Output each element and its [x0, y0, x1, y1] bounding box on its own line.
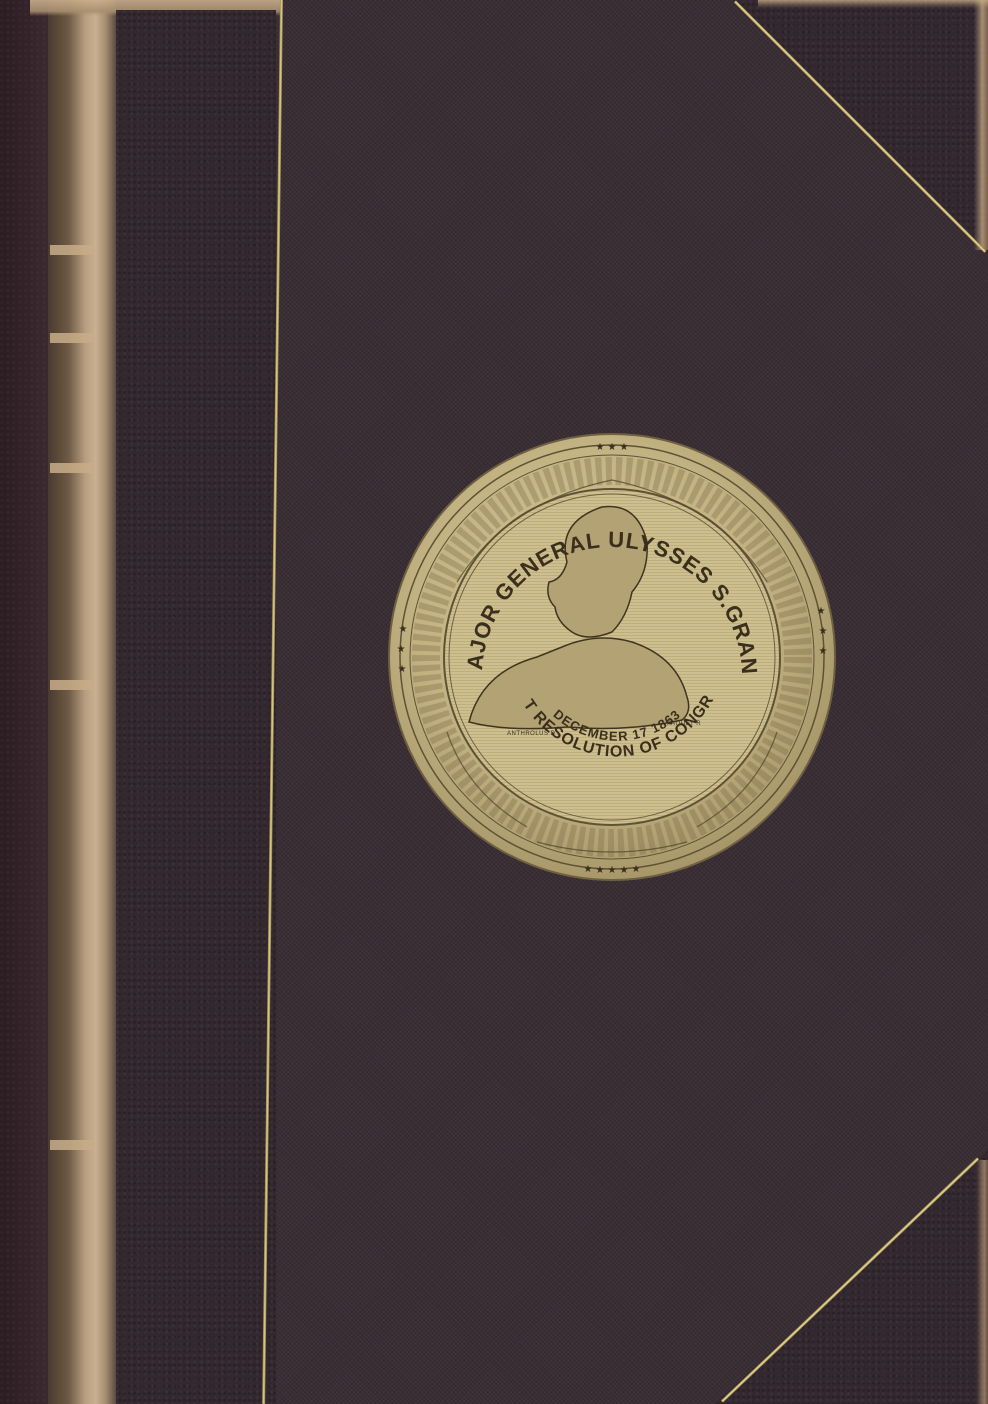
gilt-medallion: ★★★ ★★★★★ ★★★ ★★★ MAJOR GENERAL ULYSSES … — [387, 432, 837, 882]
svg-text:★: ★ — [632, 864, 641, 875]
svg-text:★: ★ — [817, 606, 826, 617]
spine-worn-edge — [48, 0, 116, 1404]
spine-band — [50, 333, 92, 343]
spine-band — [50, 463, 92, 473]
svg-text:★: ★ — [608, 442, 617, 453]
spine-band — [50, 245, 92, 255]
svg-text:★: ★ — [620, 442, 629, 453]
svg-text:★: ★ — [399, 624, 408, 635]
worn-edge-top — [758, 0, 988, 8]
spine-band — [50, 680, 92, 690]
svg-text:★: ★ — [819, 646, 828, 657]
worn-edge-top-right — [974, 0, 988, 250]
spine — [0, 0, 48, 1404]
engraver-signature-right: PAQUET R — [667, 721, 701, 727]
spine-band — [50, 1140, 92, 1150]
svg-text:★: ★ — [596, 865, 605, 876]
svg-text:★: ★ — [397, 644, 406, 655]
svg-text:★: ★ — [584, 864, 593, 875]
engraver-signature-left: ANTHROLUS D — [507, 731, 556, 737]
leather-spine-panel — [116, 10, 276, 1404]
svg-text:★: ★ — [398, 664, 407, 675]
svg-text:★: ★ — [596, 442, 605, 453]
svg-text:★: ★ — [608, 865, 617, 876]
book-cover: ★★★ ★★★★★ ★★★ ★★★ MAJOR GENERAL ULYSSES … — [0, 0, 988, 1404]
svg-text:★: ★ — [819, 626, 828, 637]
worn-edge-bottom-right — [976, 1160, 988, 1404]
svg-text:★: ★ — [620, 865, 629, 876]
